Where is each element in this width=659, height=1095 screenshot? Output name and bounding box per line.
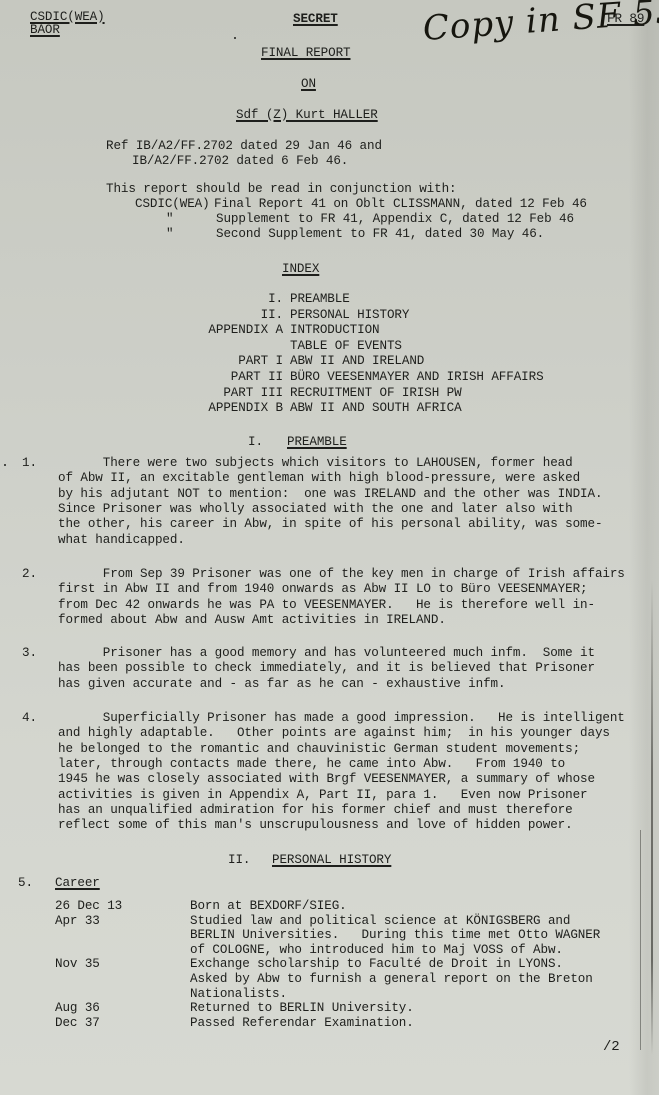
paragraph-line: from Dec 42 onwards he was PA to VEESENM… xyxy=(58,598,595,613)
index-item-title: PREAMBLE xyxy=(290,292,350,307)
paragraph-number: 2. xyxy=(22,567,37,582)
index-item-title: ABW II AND SOUTH AFRICA xyxy=(290,401,462,416)
career-entry-line: Passed Referendar Examination. xyxy=(190,1016,414,1031)
page-continuation: /2 xyxy=(603,1040,620,1055)
paragraph-line: what handicapped. xyxy=(58,533,185,548)
index-item-title: RECRUITMENT OF IRISH PW xyxy=(290,386,462,401)
document-page: CSDIC(WEA) BAOR SECRET FR 89 Copy in SF … xyxy=(0,0,659,1095)
paragraph-line: activities is given in Appendix A, Part … xyxy=(58,788,587,803)
career-date: 26 Dec 13 xyxy=(55,899,122,914)
handwritten-note: Copy in SF 53/27 xyxy=(422,0,659,37)
conjunction-item: Supplement to FR 41, Appendix C, dated 1… xyxy=(216,212,574,227)
index-item-number: PART II xyxy=(165,370,283,385)
paragraph-line: by his adjutant NOT to mention: one was … xyxy=(58,487,602,502)
classification-stamp: SECRET xyxy=(293,12,338,27)
career-entry-line: Nationalists. xyxy=(190,987,287,1002)
paragraph-line: first in Abw II and from 1940 onwards as… xyxy=(58,582,587,597)
ditto-mark: " xyxy=(166,227,173,242)
paper-speck xyxy=(234,37,236,39)
reference-line-1: Ref IB/A2/FF.2702 dated 29 Jan 46 and xyxy=(106,139,382,154)
career-entry-line: Born at BEXDORF/SIEG. xyxy=(190,899,347,914)
paragraph-line: There were two subjects which visitors t… xyxy=(58,456,573,471)
index-item-number: APPENDIX B xyxy=(165,401,283,416)
paragraph-line: and highly adaptable. Other points are a… xyxy=(58,726,610,741)
index-item-number: PART III xyxy=(165,386,283,401)
index-item-title: ABW II AND IRELAND xyxy=(290,354,424,369)
index-item-number: I. xyxy=(165,292,283,307)
conjunction-prefix: CSDIC(WEA) xyxy=(135,197,210,212)
index-item-title: TABLE OF EVENTS xyxy=(290,339,402,354)
career-entry-line: of COLOGNE, who introduced him to Maj VO… xyxy=(190,943,563,958)
paper-speck xyxy=(4,464,6,466)
paragraph-number: 1. xyxy=(22,456,37,471)
ditto-mark: " xyxy=(166,212,173,227)
career-date: Aug 36 xyxy=(55,1001,100,1016)
section-1-number: I. xyxy=(248,435,263,450)
paragraph-line: 1945 he was closely associated with Brgf… xyxy=(58,772,595,787)
conjunction-item: Second Supplement to FR 41, dated 30 May… xyxy=(216,227,544,242)
index-heading: INDEX xyxy=(282,262,319,277)
paragraph-line: Since Prisoner was wholly associated wit… xyxy=(58,502,573,517)
report-title: FINAL REPORT xyxy=(261,46,351,61)
career-entry-line: Exchange scholarship to Faculté de Droit… xyxy=(190,957,563,972)
index-item-number: APPENDIX A xyxy=(165,323,283,338)
paragraph-line: Superficially Prisoner has made a good i… xyxy=(58,711,625,726)
paragraph-line: formed about Abw and Ausw Amt activities… xyxy=(58,613,446,628)
report-title-on: ON xyxy=(301,77,316,92)
paragraph-line: has an unqualified admiration for his fo… xyxy=(58,803,573,818)
paragraph-line: reflect some of this man's unscrupulousn… xyxy=(58,818,573,833)
career-entry-line: Asked by Abw to furnish a general report… xyxy=(190,972,593,987)
paragraph-line: has been possible to check immediately, … xyxy=(58,661,595,676)
paragraph-line: From Sep 39 Prisoner was one of the key … xyxy=(58,567,625,582)
unit-line-2: BAOR xyxy=(30,23,60,38)
paper-fold-line xyxy=(651,580,653,1055)
career-date: Dec 37 xyxy=(55,1016,100,1031)
section-1-heading: PREAMBLE xyxy=(287,435,347,450)
career-entry-line: BERLIN Universities. During this time me… xyxy=(190,928,600,943)
career-entry-line: Returned to BERLIN University. xyxy=(190,1001,414,1016)
section-2-heading: PERSONAL HISTORY xyxy=(272,853,391,868)
paragraph-line: later, through contacts made there, he c… xyxy=(58,757,565,772)
career-date: Nov 35 xyxy=(55,957,100,972)
paragraph-line: the other, his career in Abw, in spite o… xyxy=(58,517,602,532)
index-item-number: PART I xyxy=(165,354,283,369)
index-item-number: II. xyxy=(165,308,283,323)
paragraph-line: Prisoner has a good memory and has volun… xyxy=(58,646,595,661)
career-date: Apr 33 xyxy=(55,914,100,929)
conjunction-item: Final Report 41 on Oblt CLISSMANN, dated… xyxy=(214,197,587,212)
paragraph-line: of Abw II, an excitable gentleman with h… xyxy=(58,471,580,486)
conjunction-intro: This report should be read in conjunctio… xyxy=(106,182,457,197)
paragraph-number: 4. xyxy=(22,711,37,726)
career-subheading: Career xyxy=(55,876,100,891)
paragraph-5-number: 5. xyxy=(18,876,33,891)
paragraph-line: he belonged to the romantic and chauvini… xyxy=(58,742,580,757)
paragraph-line: has given accurate and - as far as he ca… xyxy=(58,677,505,692)
index-item-title: INTRODUCTION xyxy=(290,323,380,338)
paragraph-number: 3. xyxy=(22,646,37,661)
report-subject: Sdf (Z) Kurt HALLER xyxy=(236,108,378,123)
index-item-title: PERSONAL HISTORY xyxy=(290,308,409,323)
career-entry-line: Studied law and political science at KÖN… xyxy=(190,914,570,929)
section-2-number: II. xyxy=(228,853,250,868)
reference-line-2: IB/A2/FF.2702 dated 6 Feb 46. xyxy=(132,154,348,169)
paper-crease xyxy=(640,830,642,1050)
index-item-title: BÜRO VEESENMAYER AND IRISH AFFAIRS xyxy=(290,370,544,385)
